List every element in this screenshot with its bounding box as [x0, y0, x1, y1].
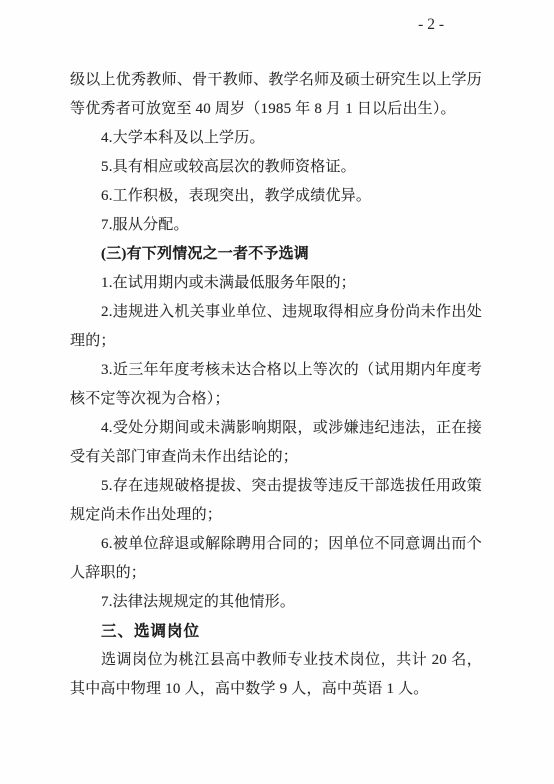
- positions-paragraph: 选调岗位为桃江县高中教师专业技术岗位，共计 20 名，其中高中物理 10 人，高…: [70, 646, 482, 704]
- paragraph-continuation: 级以上优秀教师、骨干教师、教学名师及硕士研究生以上学历等优秀者可放宽至 40 周…: [70, 66, 482, 124]
- numbered-item-6: 6.工作积极，表现突出，教学成绩优异。: [70, 182, 482, 211]
- exclusion-item-3: 3.近三年年度考核未达合格以上等次的（试用期内年度考核不定等次视为合格）；: [70, 356, 482, 414]
- numbered-item-4: 4.大学本科及以上学历。: [70, 124, 482, 153]
- exclusion-item-7: 7.法律法规规定的其他情形。: [70, 588, 482, 617]
- document-page: 级以上优秀教师、骨干教师、教学名师及硕士研究生以上学历等优秀者可放宽至 40 周…: [0, 0, 554, 784]
- exclusion-item-2: 2.违规进入机关事业单位、违规取得相应身份尚未作出处理的；: [70, 298, 482, 356]
- section-heading-positions: 三、选调岗位: [70, 617, 482, 646]
- exclusion-item-5: 5.存在违规破格提拔、突击提拔等违反干部选拔任用政策规定尚未作出处理的；: [70, 472, 482, 530]
- document-body: 级以上优秀教师、骨干教师、教学名师及硕士研究生以上学历等优秀者可放宽至 40 周…: [70, 66, 482, 704]
- page-number: - 2 -: [0, 10, 554, 39]
- exclusion-item-1: 1.在试用期内或未满最低服务年限的；: [70, 269, 482, 298]
- numbered-item-7: 7.服从分配。: [70, 211, 482, 240]
- subsection-heading-3: (三)有下列情况之一者不予选调: [70, 240, 482, 269]
- exclusion-item-6: 6.被单位辞退或解除聘用合同的；因单位不同意调出而个人辞职的；: [70, 530, 482, 588]
- numbered-item-5: 5.具有相应或较高层次的教师资格证。: [70, 153, 482, 182]
- exclusion-item-4: 4.受处分期间或未满影响期限，或涉嫌违纪违法，正在接受有关部门审查尚未作出结论的…: [70, 414, 482, 472]
